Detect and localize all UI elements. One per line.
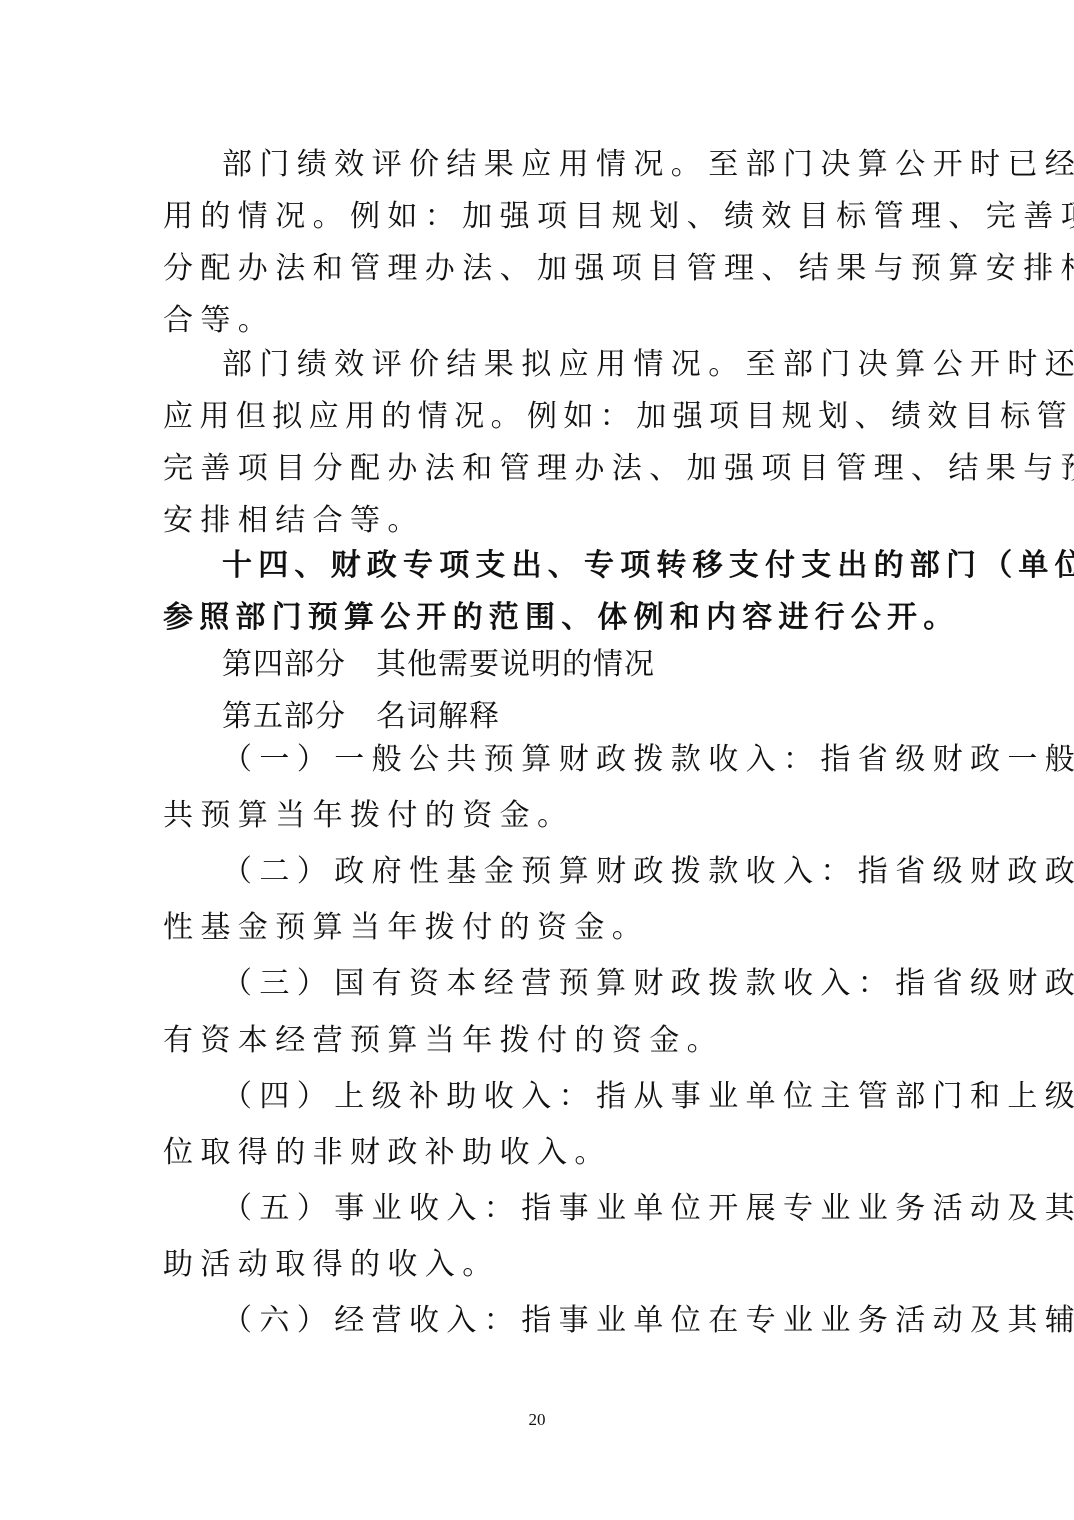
definition-1-line-2: 共预算当年拨付的资金。	[163, 796, 923, 836]
paragraph-applied-results-line-1: 部门绩效评价结果应用情况。至部门决算公开时已经应	[222, 145, 982, 185]
definition-2-line-2: 性基金预算当年拨付的资金。	[163, 908, 923, 948]
item-14-line-2: 参照部门预算公开的范围、体例和内容进行公开。	[163, 598, 923, 638]
section-number: 第四部分	[222, 647, 346, 682]
definition-5-line-2: 助活动取得的收入。	[163, 1245, 923, 1285]
paragraph-planned-results-line-1: 部门绩效评价结果拟应用情况。至部门决算公开时还未	[222, 345, 982, 385]
definition-2-line-1: （二）政府性基金预算财政拨款收入：指省级财政政府	[222, 852, 982, 892]
definition-4-line-2: 位取得的非财政补助收入。	[163, 1133, 923, 1173]
section-heading-part-4: 第四部分其他需要说明的情况	[222, 645, 982, 685]
definition-5-line-1: （五）事业收入：指事业单位开展专业业务活动及其辅	[222, 1189, 982, 1229]
definition-6-line-1: （六）经营收入：指事业单位在专业业务活动及其辅助	[222, 1301, 982, 1341]
definition-3-line-2: 有资本经营预算当年拨付的资金。	[163, 1021, 923, 1061]
definition-1-line-1: （一）一般公共预算财政拨款收入：指省级财政一般公	[222, 740, 982, 780]
section-title: 其他需要说明的情况	[376, 647, 655, 682]
paragraph-planned-results-line-3: 完善项目分配办法和管理办法、加强项目管理、结果与预算	[163, 449, 923, 489]
item-14-line-1: 十四、财政专项支出、专项转移支付支出的部门（单位）	[222, 546, 982, 586]
paragraph-planned-results-line-4: 安排相结合等。	[163, 501, 923, 541]
paragraph-applied-results-line-3: 分配办法和管理办法、加强项目管理、结果与预算安排相结	[163, 249, 923, 289]
page-number: 20	[0, 1410, 1074, 1430]
paragraph-applied-results-line-4: 合等。	[163, 301, 923, 341]
section-title: 名词解释	[376, 699, 500, 734]
definition-4-line-1: （四）上级补助收入：指从事业单位主管部门和上级单	[222, 1077, 982, 1117]
paragraph-applied-results-line-2: 用的情况。例如：加强项目规划、绩效目标管理、完善项目	[163, 197, 923, 237]
paragraph-planned-results-line-2: 应用但拟应用的情况。例如：加强项目规划、绩效目标管理、	[163, 397, 923, 437]
definition-3-line-1: （三）国有资本经营预算财政拨款收入：指省级财政国	[222, 964, 982, 1004]
section-number: 第五部分	[222, 699, 346, 734]
section-heading-part-5: 第五部分名词解释	[222, 697, 982, 737]
document-page: 部门绩效评价结果应用情况。至部门决算公开时已经应 用的情况。例如：加强项目规划、…	[0, 0, 1074, 1520]
